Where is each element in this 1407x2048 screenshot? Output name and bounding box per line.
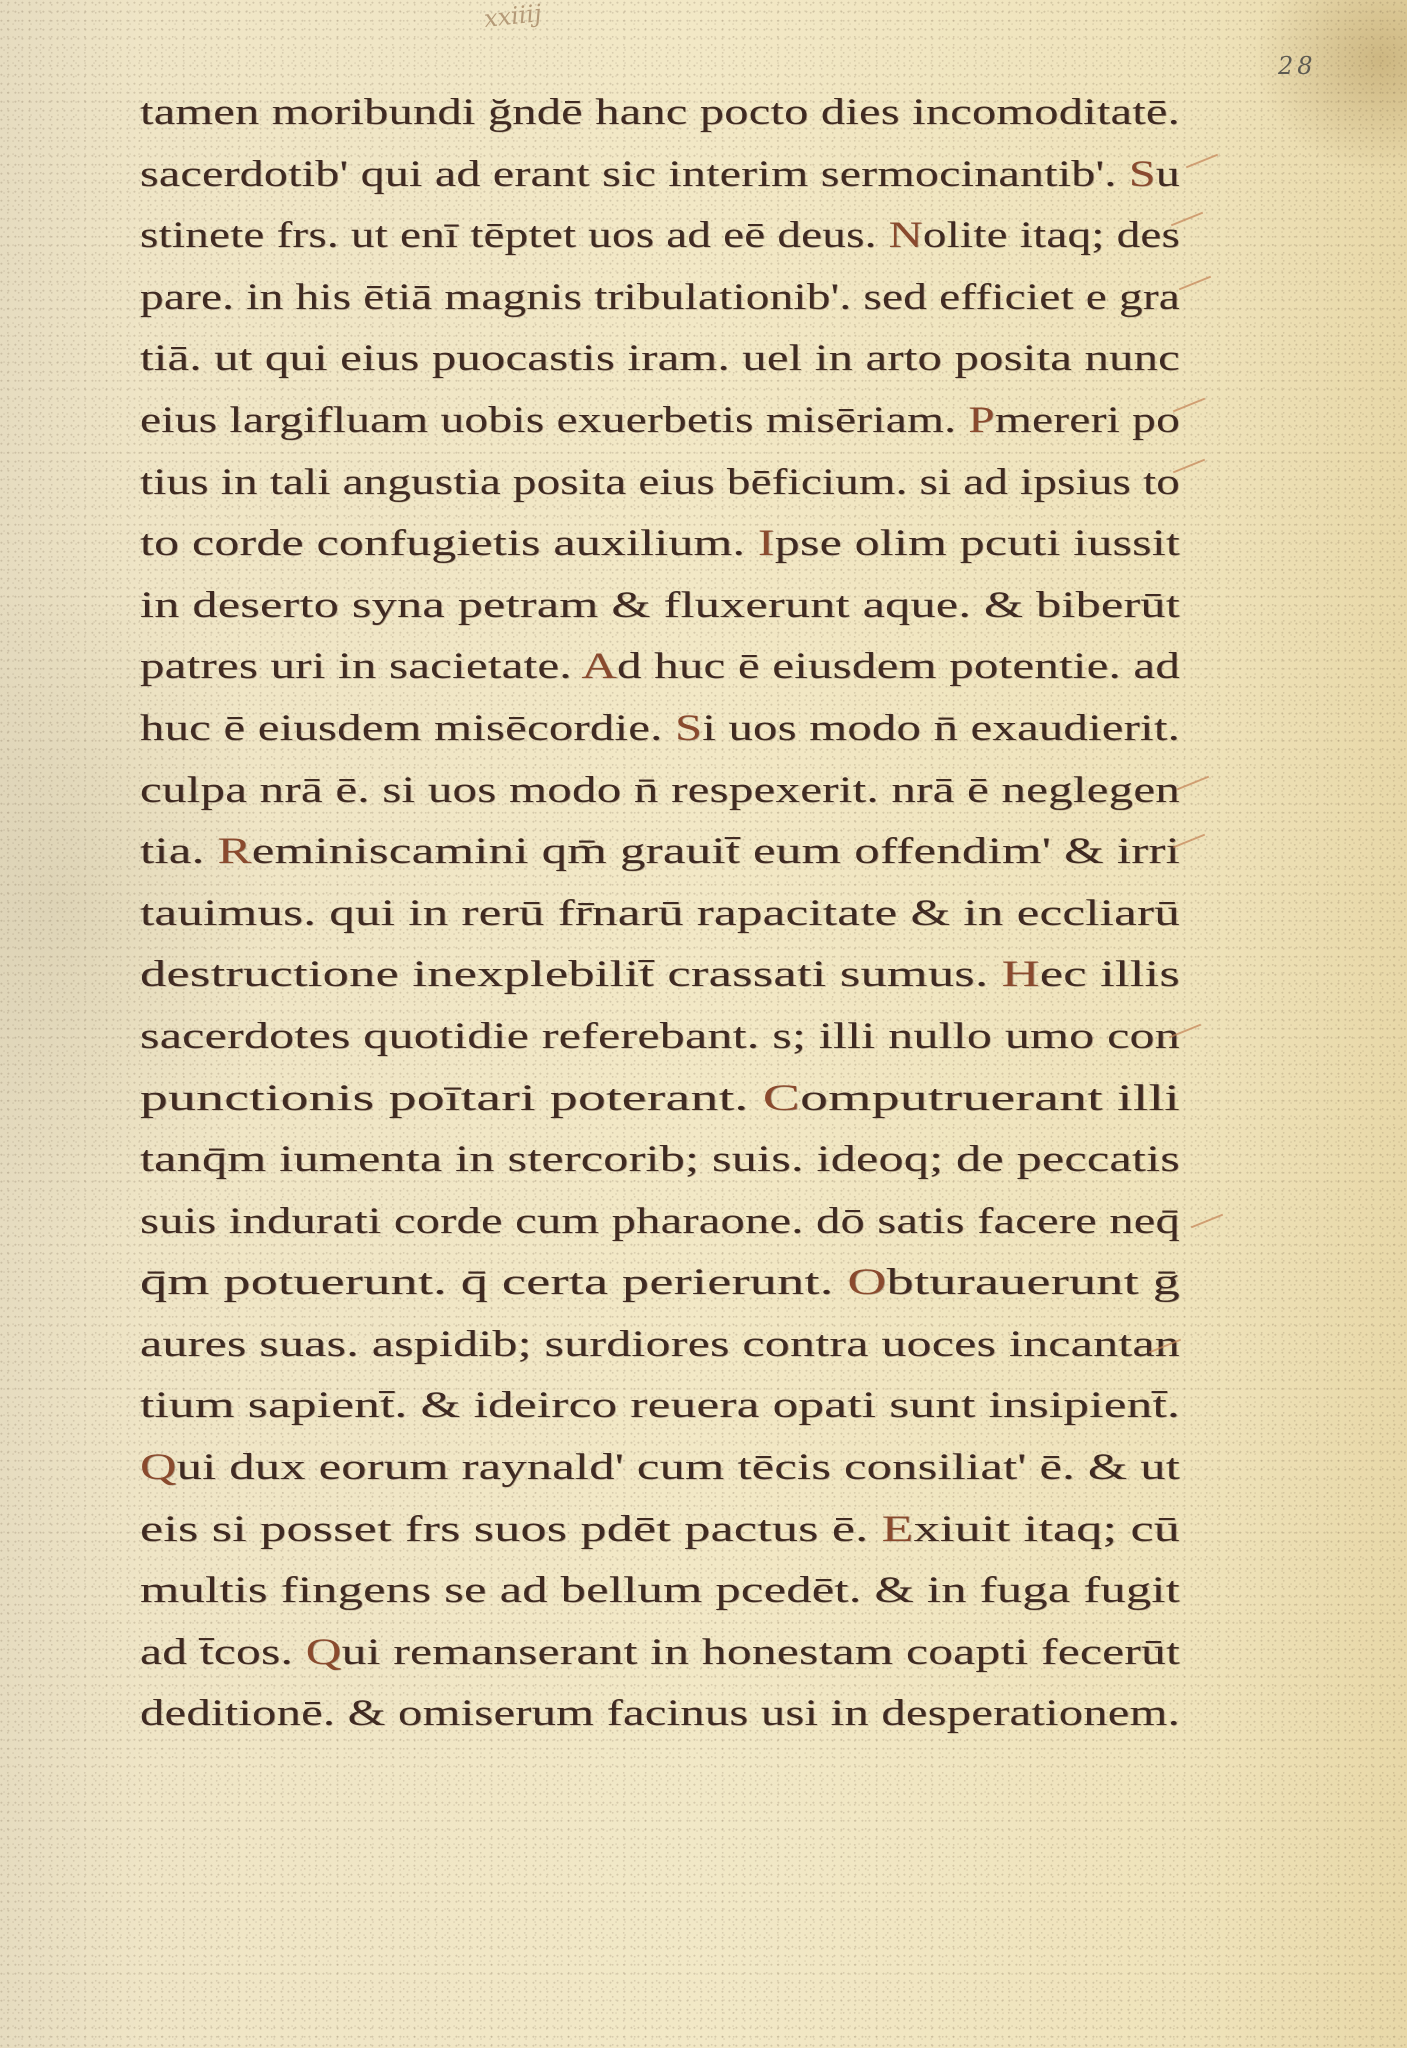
text-line-24: eis si posset frs suos pdēt pactus ē. Ex…: [140, 1499, 1180, 1561]
text-line-12: culpa nrā ē. si uos modo n̄ respexerit. …: [140, 760, 1180, 822]
folio-number: 28: [1278, 52, 1317, 80]
text-line-19: suis indurati corde cum pharaone. dō sat…: [140, 1191, 1180, 1253]
manuscript-text-block: tamen moribundi ğndē hanc pocto dies inc…: [140, 82, 1180, 1745]
text-line-6: eius largifluam uobis exuerbetis misēria…: [140, 390, 1180, 452]
text-line-23: Qui dux eorum raynald' cum tēcis consili…: [140, 1437, 1180, 1499]
rubricated-initial: I: [758, 523, 775, 564]
text-line-13: tia. Reminiscamini qm̄ grauit̄ eum offen…: [140, 821, 1180, 883]
text-line-18: tanq̄m iumenta in stercorib; suis. ideoq…: [140, 1129, 1180, 1191]
text-line-17: punctionis poītari poterant. Computruera…: [140, 1068, 1180, 1130]
text-line-5: tiā. ut qui eius puocastis iram. uel in …: [140, 328, 1180, 390]
text-line-16: sacerdotes quotidie referebant. s; illi …: [140, 1006, 1180, 1068]
text-line-7: tius in tali angustia posita eius bēfici…: [140, 452, 1180, 514]
text-line-10: patres uri in sacietate. Ad huc ē eiusde…: [140, 636, 1180, 698]
text-line-8: to corde confugietis auxilium. Ipse olim…: [140, 513, 1180, 575]
text-line-15: destructione inexplebilit̄ crassati sumu…: [140, 944, 1180, 1006]
rubricated-initial: Q: [306, 1632, 342, 1673]
text-line-4: pare. in his ētiā magnis tribulationib'.…: [140, 267, 1180, 329]
rubricated-initial: S: [675, 708, 702, 749]
text-line-26: ad t̄cos. Qui remanserant in honestam co…: [140, 1622, 1180, 1684]
rubricated-initial: C: [763, 1078, 800, 1119]
rubricated-initial: A: [582, 646, 618, 687]
text-line-9: in deserto syna petram & fluxerunt aque.…: [140, 575, 1180, 637]
rubricated-initial: E: [882, 1509, 914, 1550]
rubricated-initial: N: [889, 215, 923, 256]
rubricated-initial: P: [968, 400, 995, 441]
text-line-3: stinete frs. ut enī tēptet uos ad eē deu…: [140, 205, 1180, 267]
text-line-21: aures suas. aspidib; surdiores contra uo…: [140, 1314, 1180, 1376]
rubricated-initial: R: [218, 831, 252, 872]
rubricated-initial: Q: [140, 1447, 177, 1488]
rubricated-initial: S: [1129, 154, 1156, 195]
rubricated-initial: H: [1002, 954, 1040, 995]
rubricated-initial: O: [847, 1262, 886, 1303]
text-line-22: tium sapient̄. & ideirco reuera opati su…: [140, 1375, 1180, 1437]
text-line-27: deditionē. & omiserum facinus usi in des…: [140, 1683, 1180, 1745]
text-line-1: tamen moribundi ğndē hanc pocto dies inc…: [140, 82, 1180, 144]
text-line-2: sacerdotib' qui ad erant sic interim ser…: [140, 144, 1180, 206]
text-line-14: tauimus. qui in rerū fr̄narū rapacitate …: [140, 883, 1180, 945]
text-line-11: huc ē eiusdem misēcordie. Si uos modo n̄…: [140, 698, 1180, 760]
text-line-25: multis fingens se ad bellum pcedēt. & in…: [140, 1560, 1180, 1622]
text-line-20: q̄m potuerunt. q̄ certa perierunt. Obtur…: [140, 1252, 1180, 1314]
